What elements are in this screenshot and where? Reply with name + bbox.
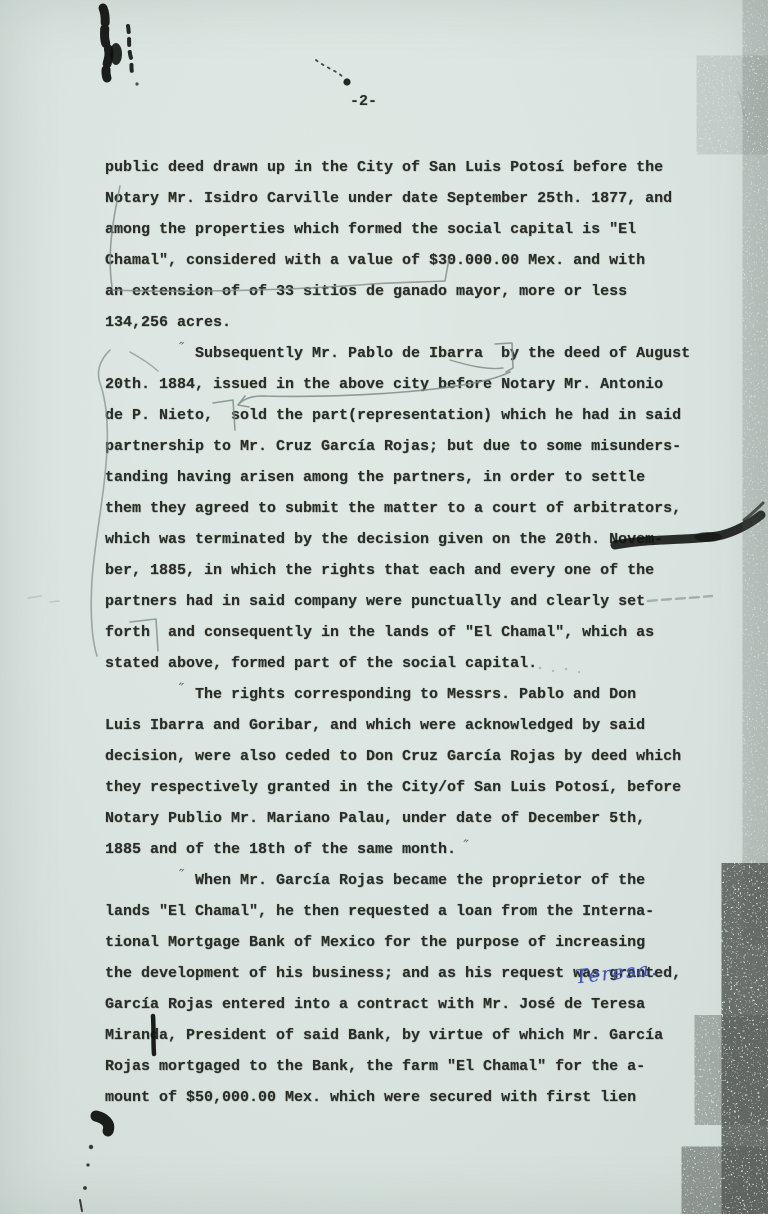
typed-line: they respectively granted in the City/of…	[105, 772, 725, 803]
typed-line: Rojas mortgaged to the Bank, the farm "E…	[105, 1051, 725, 1082]
typed-line: The rights corresponding to Messrs. Pabl…	[105, 679, 725, 710]
typed-line: García Rojas entered into a contract wit…	[105, 989, 725, 1020]
typed-line: which was terminated by the decision giv…	[105, 524, 725, 555]
typed-line: tional Mortgage Bank of Mexico for the p…	[105, 927, 725, 958]
typed-line: decision, were also ceded to Don Cruz Ga…	[105, 741, 725, 772]
typed-line: them they agreed to submit the matter to…	[105, 493, 725, 524]
typed-line: ber, 1885, in which the rights that each…	[105, 555, 725, 586]
typed-line: Chamal", considered with a value of $30.…	[105, 245, 725, 276]
typed-line: Notary Publio Mr. Mariano Palau, under d…	[105, 803, 725, 834]
typed-line: public deed drawn up in the City of San …	[105, 152, 725, 183]
ink-smudge-top-left	[103, 8, 139, 86]
typed-line: partners had in said company were punctu…	[105, 586, 725, 617]
typed-line: mount of $50,000.00 Mex. which were secu…	[105, 1082, 725, 1113]
typed-line: tanding having arisen among the partners…	[105, 462, 725, 493]
typed-line: an extension of of 33 sitios de ganado m…	[105, 276, 725, 307]
typed-line: 1885 and of the 18th of the same month.	[105, 834, 725, 865]
typed-line: Luis Ibarra and Goribar, and which were …	[105, 710, 725, 741]
typed-line: When Mr. García Rojas became the proprie…	[105, 865, 725, 896]
pencil-margin-dashes	[28, 596, 59, 602]
typed-line: partnership to Mr. Cruz García Rojas; bu…	[105, 431, 725, 462]
typed-line: Subsequently Mr. Pablo de Ibarra by the …	[105, 338, 725, 369]
typed-line: lands "El Chamal", he then requested a l…	[105, 896, 725, 927]
page-number: -2-	[350, 93, 377, 110]
scanned-document-page: -2- public deed drawn up in the City of …	[0, 0, 768, 1214]
ink-blob-bottom-left	[80, 1116, 109, 1211]
typed-line: stated above, formed part of the social …	[105, 648, 725, 679]
typed-line: 134,256 acres.	[105, 307, 725, 338]
typed-line: 20th. 1884, issued in the above city bef…	[105, 369, 725, 400]
ink-trail-top-center	[316, 60, 351, 86]
typed-line: Notary Mr. Isidro Carville under date Se…	[105, 183, 725, 214]
typed-line: de P. Nieto, sold the part(representatio…	[105, 400, 725, 431]
typed-line: forth and consequently in the lands of "…	[105, 617, 725, 648]
typed-line: Miranda, President of said Bank, by virt…	[105, 1020, 725, 1051]
typed-line: among the properties which formed the so…	[105, 214, 725, 245]
